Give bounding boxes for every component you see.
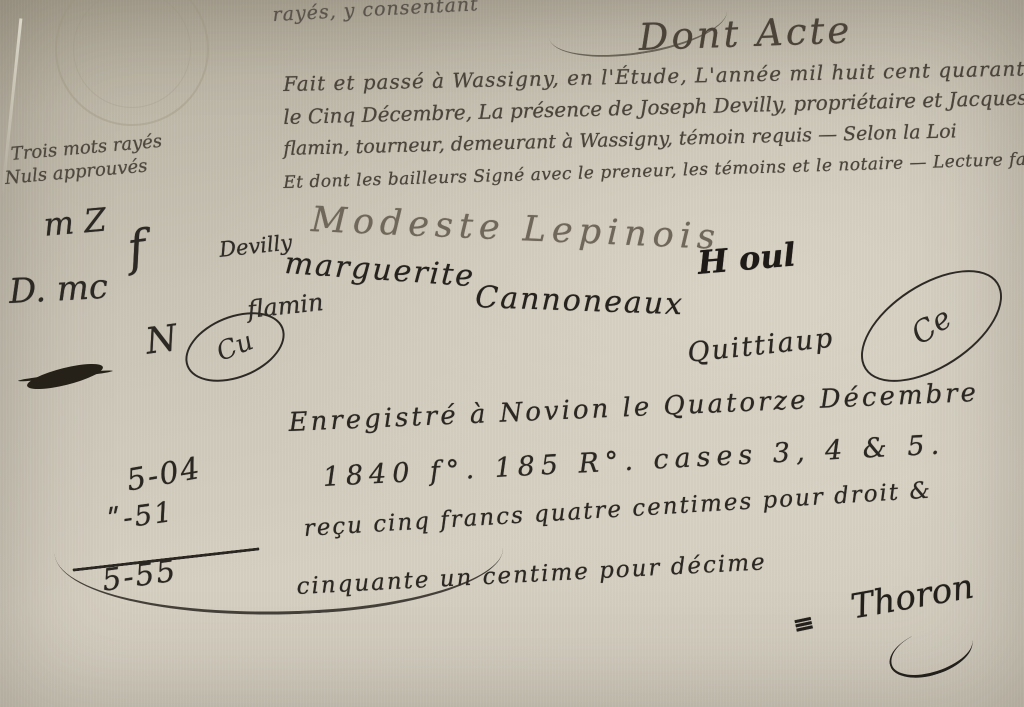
document-photo: rayés, y consentant Dont Acte Fait et pa… — [0, 0, 1024, 707]
paraph-oval-right-letters: Ce — [905, 300, 958, 352]
paraph-initials-dmc: D. mc — [8, 267, 109, 312]
paraph-initial-n: N — [143, 318, 180, 363]
document-title: Dont Acte — [638, 9, 853, 59]
signature-quittiaup: Quittiaup — [686, 323, 836, 369]
registration-line: Enregistré à Novion le Quatorze Décembre — [288, 378, 980, 438]
fee-underline-flourish — [54, 526, 505, 626]
signature-registrar-thoron: Thoron — [848, 567, 977, 628]
equals-ink-mark: ≡ — [790, 607, 818, 641]
ink-blot-scribble — [25, 359, 105, 394]
registrar-signature-flourish — [883, 618, 979, 687]
fee-amount-decime: ʺ-51 — [106, 495, 176, 537]
paraph-initial-f: f — [124, 220, 149, 278]
embossed-stamp — [55, 0, 209, 126]
signature-devilly: Devilly — [218, 230, 293, 262]
signature-houl: H oul — [696, 235, 797, 281]
paraph-initials-ml: m Z — [42, 201, 108, 244]
paraph-oval-left-letters: Cu — [212, 326, 257, 368]
fee-amount-droit: 5-04 — [124, 451, 204, 499]
marginalia-top-line: rayés, y consentant — [272, 0, 479, 26]
signature-cannoneaux: Cannoneaux — [475, 280, 685, 322]
signature-modeste-lepinois: Modeste Lepinois — [310, 200, 722, 258]
signature-marguerite: marguerite — [284, 246, 477, 294]
